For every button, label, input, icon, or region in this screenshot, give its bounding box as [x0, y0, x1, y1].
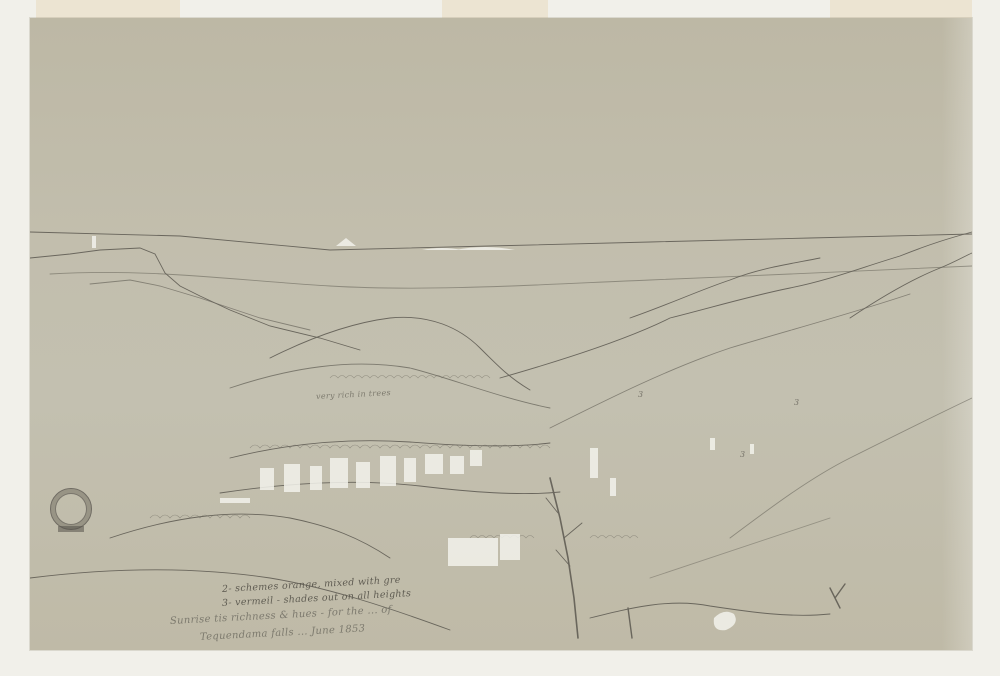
note-numeral-b: 3: [740, 450, 745, 459]
landscape-drawing: [30, 18, 972, 650]
note-numeral-a: 3: [638, 390, 643, 399]
note-numeral-c: 3: [794, 398, 799, 407]
drawing-sheet: 3 3 3 very rich in trees 2- schemes oran…: [30, 18, 972, 650]
collection-stamp-icon: [50, 488, 92, 530]
collection-stamp-base: [58, 526, 84, 532]
